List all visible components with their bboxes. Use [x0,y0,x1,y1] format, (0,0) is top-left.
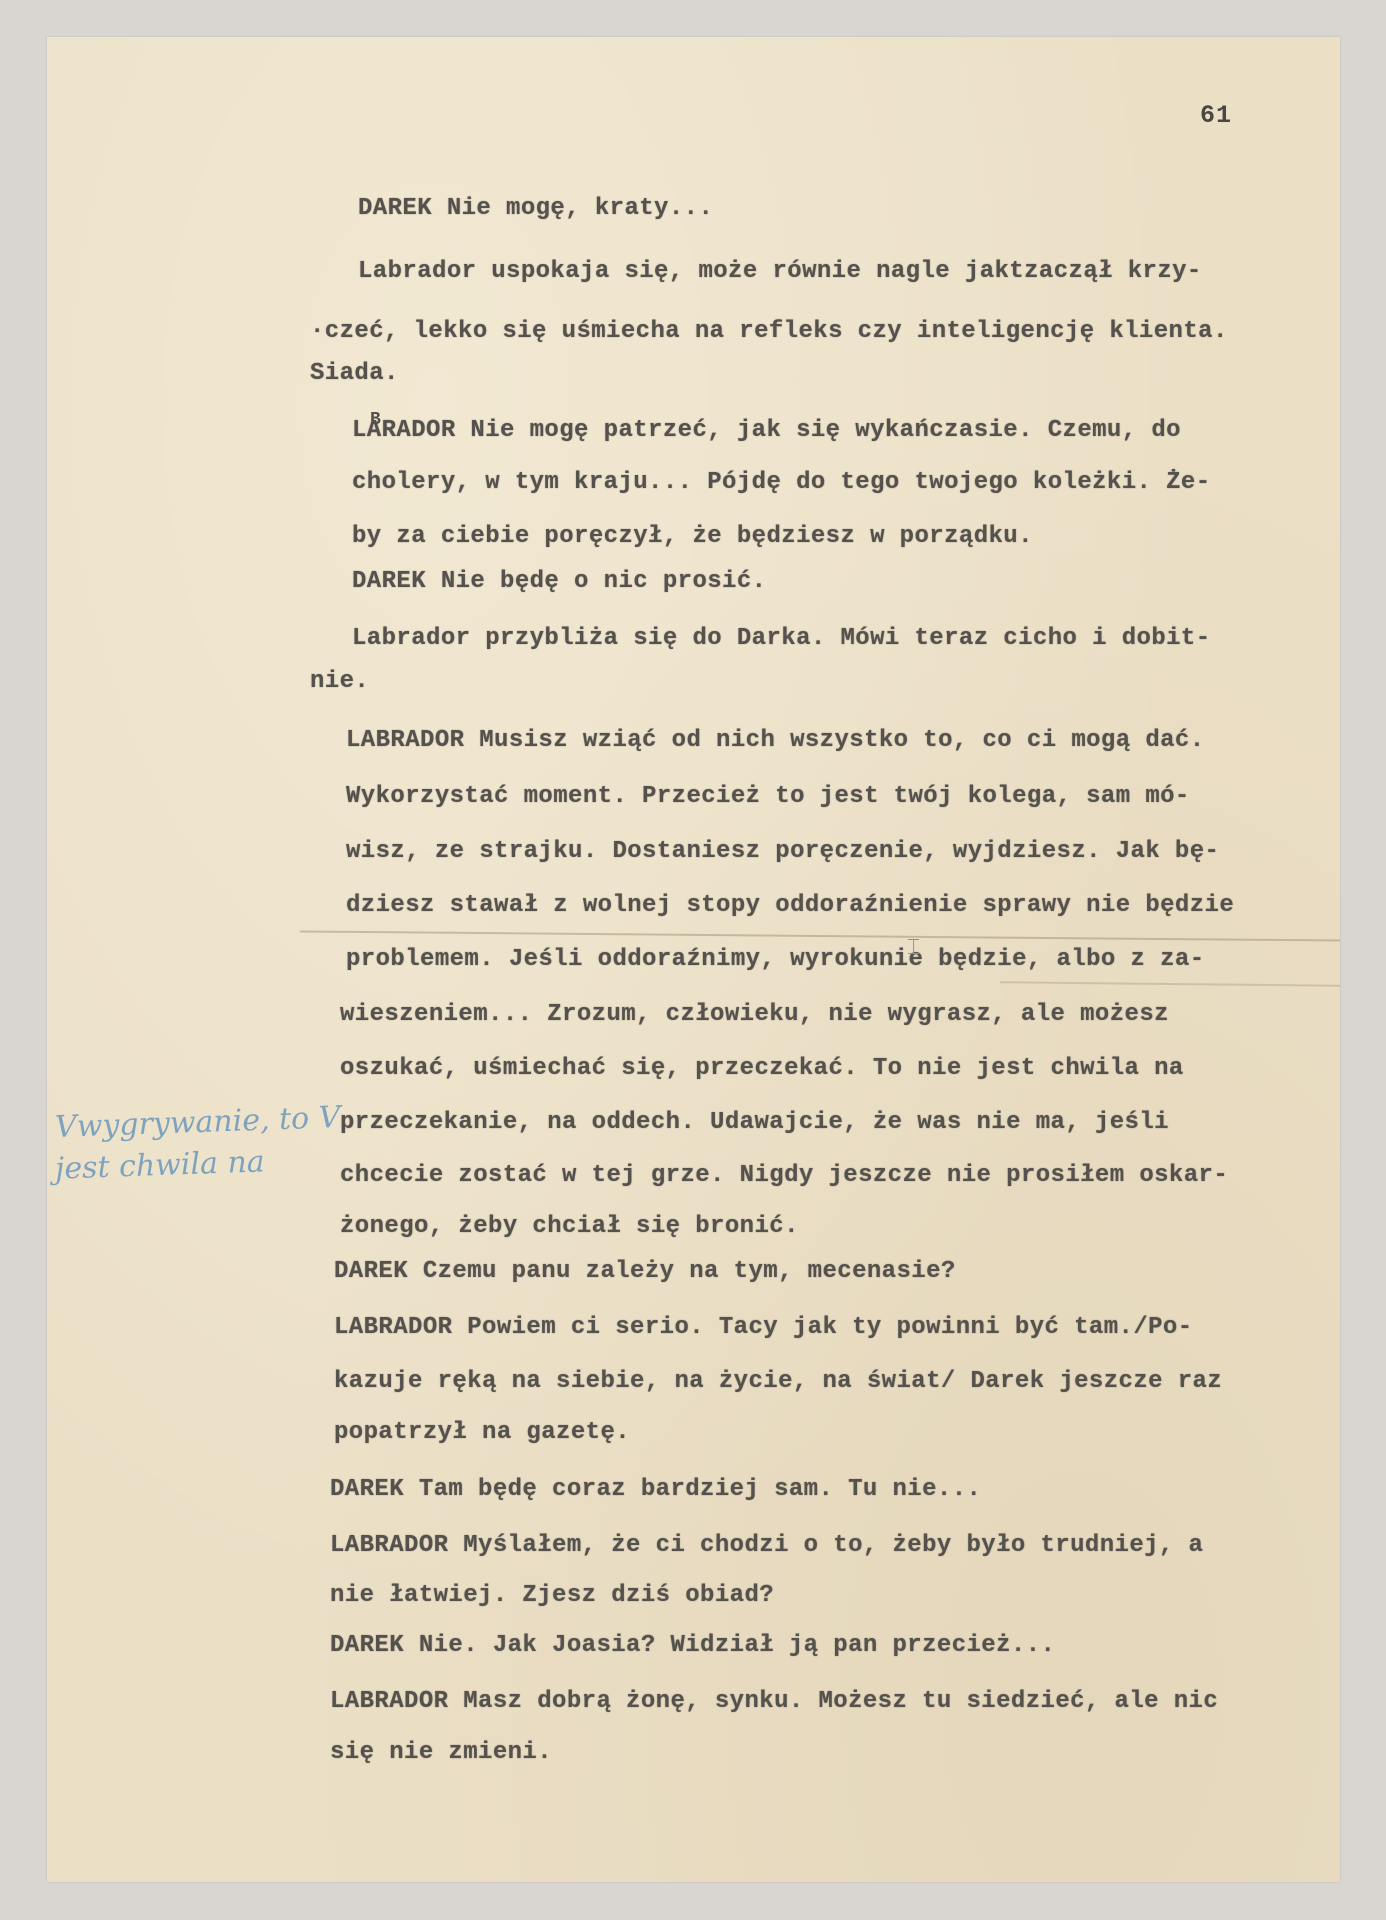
typed-line: LABRADOR Powiem ci serio. Tacy jak ty po… [334,1314,1193,1341]
typed-line: się nie zmieni. [330,1739,552,1766]
typed-line: DAREK Nie będę o nic prosić. [352,568,766,595]
typed-line: LARADOR Nie mogę patrzeć, jak się wykańc… [352,417,1181,444]
typed-line: problemem. Jeśli oddoraźnimy, wyrokunie … [346,946,1205,973]
typed-line: ·czeć, lekko się uśmiecha na refleks czy… [310,318,1228,345]
inserted-correction-letter: B [370,410,381,430]
typed-line: przeczekanie, na oddech. Udawajcie, że w… [340,1109,1169,1136]
typed-line: wisz, ze strajku. Dostaniesz poręczenie,… [346,838,1219,865]
typed-text-body: DAREK Nie mogę, kraty...Labrador uspokaj… [0,0,1386,1920]
typed-line: wieszeniem... Zrozum, człowieku, nie wyg… [340,1001,1169,1028]
typed-line: chcecie zostać w tej grze. Nigdy jeszcze… [340,1162,1228,1189]
handwritten-margin-note-line2: jest chwila na [54,1144,265,1186]
typed-line: Wykorzystać moment. Przecież to jest twó… [346,783,1190,810]
typed-line: Labrador przybliża się do Darka. Mówi te… [352,625,1211,652]
typed-line: LABRADOR Masz dobrą żonę, synku. Możesz … [330,1688,1218,1715]
typed-line: popatrzył na gazetę. [334,1419,630,1446]
typed-line: oszukać, uśmiechać się, przeczekać. To n… [340,1055,1184,1082]
typed-line: nie łatwiej. Zjesz dziś obiad? [330,1582,774,1609]
typed-line: cholery, w tym kraju... Pójdę do tego tw… [352,469,1211,496]
typed-line: DAREK Tam będę coraz bardziej sam. Tu ni… [330,1476,981,1503]
typed-line: DAREK Czemu panu zależy na tym, mecenasi… [334,1258,956,1285]
insertion-mark-icon: ⌶ [907,937,920,959]
typed-line: żonego, żeby chciał się bronić. [340,1213,799,1240]
typed-line: by za ciebie poręczył, że będziesz w por… [352,523,1033,550]
typed-line: kazuje ręką na siebie, na życie, na świa… [334,1368,1222,1395]
typed-line: LABRADOR Musisz wziąć od nich wszystko t… [346,727,1205,754]
typed-line: dziesz stawał z wolnej stopy oddoraźnien… [346,892,1234,919]
typed-line: DAREK Nie. Jak Joasia? Widział ją pan pr… [330,1632,1055,1659]
typed-line: Siada. [310,360,399,387]
typed-line: DAREK Nie mogę, kraty... [358,195,713,222]
typed-line: nie. [310,668,369,695]
typed-line: LABRADOR Myślałem, że ci chodzi o to, że… [330,1532,1203,1559]
typed-line: Labrador uspokaja się, może równie nagle… [358,258,1202,285]
